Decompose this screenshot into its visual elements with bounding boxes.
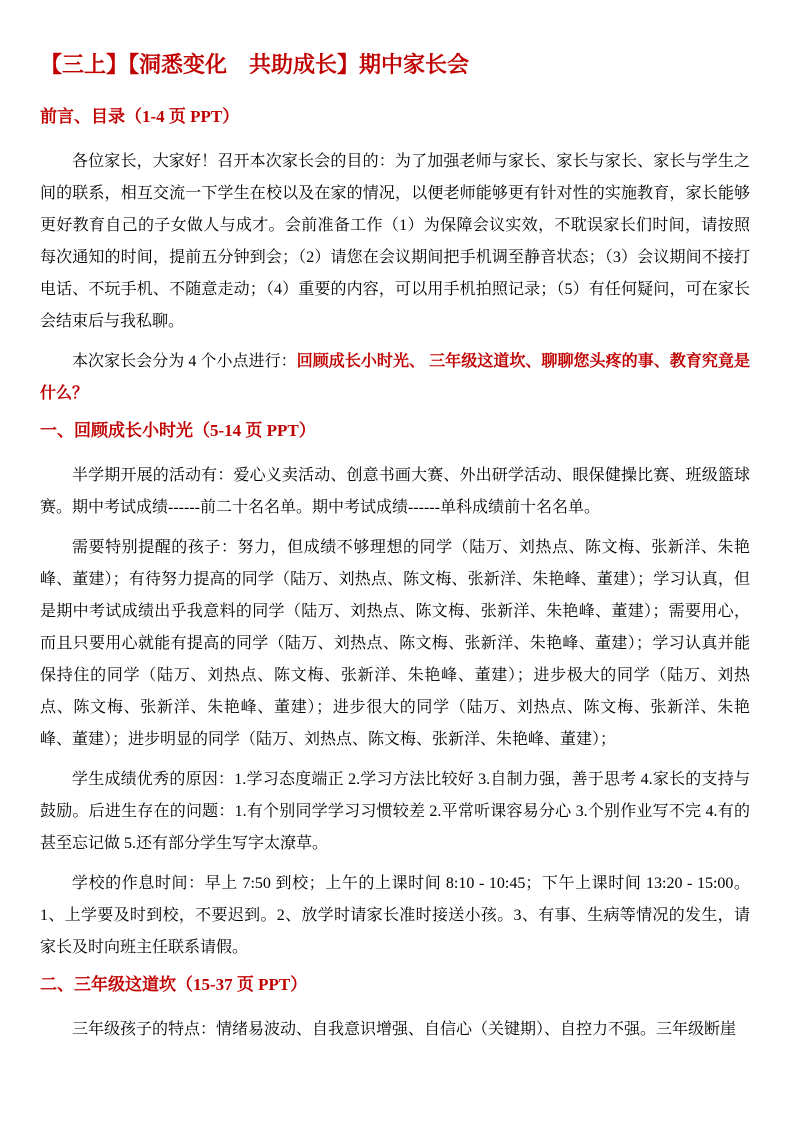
heading-section-1: 一、回顾成长小时光（5-14 页 PPT）: [40, 418, 750, 444]
document-page: 【三上】【洞悉变化 共助成长】期中家长会 前言、目录（1-4 页 PPT） 各位…: [0, 0, 793, 1122]
heading-preface: 前言、目录（1-4 页 PPT）: [40, 104, 750, 130]
document-title: 【三上】【洞悉变化 共助成长】期中家长会: [40, 50, 750, 80]
agenda-lead-text: 本次家长会分为 4 个小点进行：: [72, 353, 297, 370]
paragraph-school-schedule: 学校的作息时间：早上 7:50 到校；上午的上课时间 8:10 - 10:45；…: [40, 868, 750, 964]
paragraph-activities: 半学期开展的活动有：爱心义卖活动、创意书画大赛、外出研学活动、眼保健操比赛、班级…: [40, 460, 750, 524]
heading-section-2: 二、三年级这道坎（15-37 页 PPT）: [40, 972, 750, 998]
paragraph-performance-analysis: 学生成绩优秀的原因：1.学习态度端正 2.学习方法比较好 3.自制力强，善于思考…: [40, 764, 750, 860]
paragraph-grade3-traits: 三年级孩子的特点：情绪易波动、自我意识增强、自信心（关键期）、自控力不强。三年级…: [40, 1014, 750, 1046]
paragraph-intro: 各位家长，大家好！召开本次家长会的目的：为了加强老师与家长、家长与家长、家长与学…: [40, 146, 750, 338]
paragraph-agenda: 本次家长会分为 4 个小点进行：回顾成长小时光、 三年级这道坎、聊聊您头疼的事、…: [40, 346, 750, 410]
paragraph-student-reminders: 需要特别提醒的孩子：努力，但成绩不够理想的同学（陆万、刘热点、陈文梅、张新洋、朱…: [40, 532, 750, 756]
